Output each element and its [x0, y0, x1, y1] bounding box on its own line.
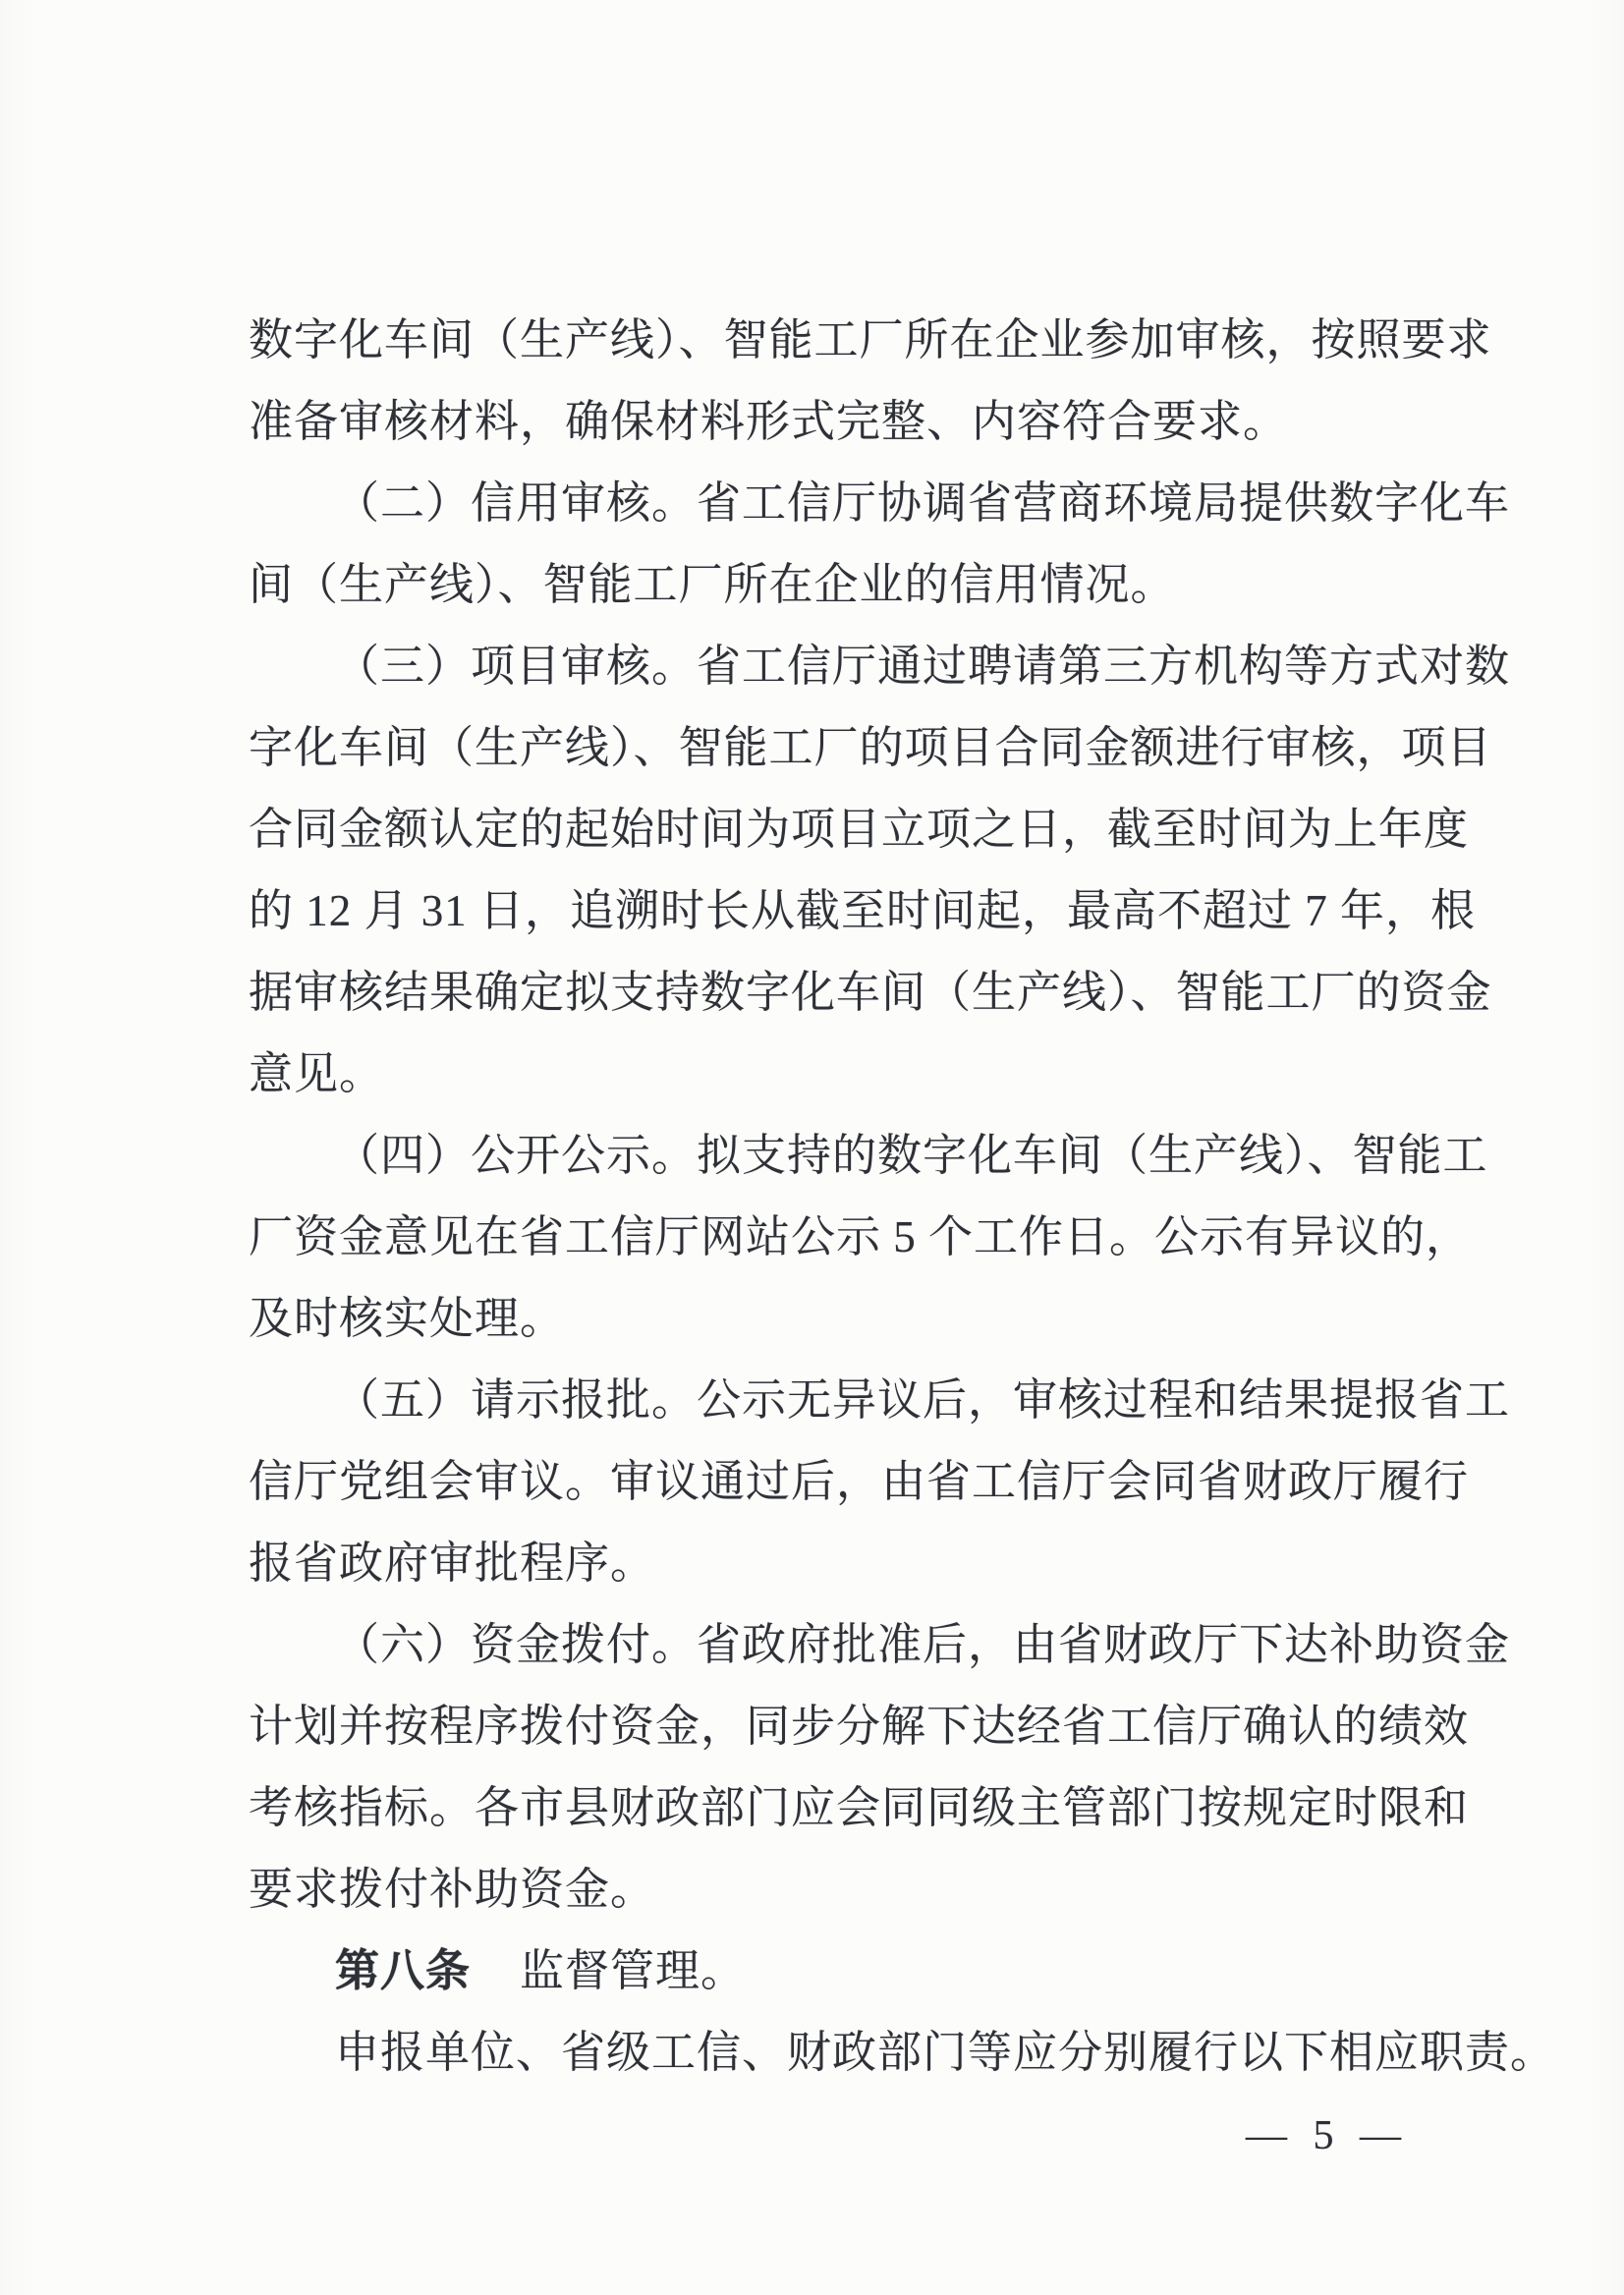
text-line: 报省政府审批程序。 — [249, 1523, 1443, 1604]
text-line: 考核指标。各市县财政部门应会同同级主管部门按规定时限和 — [249, 1767, 1443, 1849]
paragraph: （六）资金拨付。省政府批准后，由省财政厅下达补助资金计划并按程序拨付资金，同步分… — [249, 1604, 1443, 1931]
text-line: 间（生产线）、智能工厂所在企业的信用情况。 — [249, 544, 1443, 626]
text-line: 计划并按程序拨付资金，同步分解下达经省工信厅确认的绩效 — [249, 1686, 1443, 1767]
text-line: 的 12 月 31 日，追溯时长从截至时间起，最高不超过 7 年，根 — [249, 870, 1443, 952]
text-line: 要求拨付补助资金。 — [249, 1849, 1443, 1931]
paragraph: （四）公开公示。拟支持的数字化车间（生产线）、智能工厂资金意见在省工信厅网站公示… — [249, 1115, 1443, 1360]
text-line: （四）公开公示。拟支持的数字化车间（生产线）、智能工 — [249, 1115, 1443, 1197]
clause-text: 监督管理。 — [520, 1946, 746, 1995]
text-line: 厂资金意见在省工信厅网站公示 5 个工作日。公示有异议的， — [249, 1197, 1443, 1278]
text-line: 据审核结果确定拟支持数字化车间（生产线）、智能工厂的资金 — [249, 952, 1443, 1034]
text-line: 及时核实处理。 — [249, 1278, 1443, 1360]
text-line: 合同金额认定的起始时间为项目立项之日，截至时间为上年度 — [249, 789, 1443, 870]
paragraph: 第八条监督管理。 — [249, 1931, 1443, 2012]
text-line: 准备审核材料，确保材料形式完整、内容符合要求。 — [249, 381, 1443, 463]
text-line: （六）资金拨付。省政府批准后，由省财政厅下达补助资金 — [249, 1604, 1443, 1686]
text-line: （五）请示报批。公示无异议后，审核过程和结果提报省工 — [249, 1360, 1443, 1441]
paragraph: 数字化车间（生产线）、智能工厂所在企业参加审核，按照要求准备审核材料，确保材料形… — [249, 300, 1443, 463]
clause-heading: 第八条 — [335, 1946, 471, 1995]
document-page: 数字化车间（生产线）、智能工厂所在企业参加审核，按照要求准备审核材料，确保材料形… — [0, 0, 1624, 2295]
text-line: 意见。 — [249, 1034, 1443, 1115]
text-line: 申报单位、省级工信、财政部门等应分别履行以下相应职责。 — [249, 2012, 1443, 2094]
paragraph: （五）请示报批。公示无异议后，审核过程和结果提报省工信厅党组会审议。审议通过后，… — [249, 1360, 1443, 1604]
paragraph: 申报单位、省级工信、财政部门等应分别履行以下相应职责。 — [249, 2012, 1443, 2094]
document-body: 数字化车间（生产线）、智能工厂所在企业参加审核，按照要求准备审核材料，确保材料形… — [249, 300, 1443, 2094]
paragraph: （二）信用审核。省工信厅协调省营商环境局提供数字化车间（生产线）、智能工厂所在企… — [249, 463, 1443, 626]
text-line: 数字化车间（生产线）、智能工厂所在企业参加审核，按照要求 — [249, 300, 1443, 381]
paragraph: （三）项目审核。省工信厅通过聘请第三方机构等方式对数字化车间（生产线）、智能工厂… — [249, 626, 1443, 1115]
text-line: 信厅党组会审议。审议通过后，由省工信厅会同省财政厅履行 — [249, 1441, 1443, 1523]
text-line: （二）信用审核。省工信厅协调省营商环境局提供数字化车 — [249, 463, 1443, 544]
text-line: （三）项目审核。省工信厅通过聘请第三方机构等方式对数 — [249, 626, 1443, 707]
text-line: 字化车间（生产线）、智能工厂的项目合同金额进行审核，项目 — [249, 707, 1443, 789]
page-number: — 5 — — [1246, 2108, 1409, 2163]
text-line: 第八条监督管理。 — [249, 1931, 1443, 2012]
